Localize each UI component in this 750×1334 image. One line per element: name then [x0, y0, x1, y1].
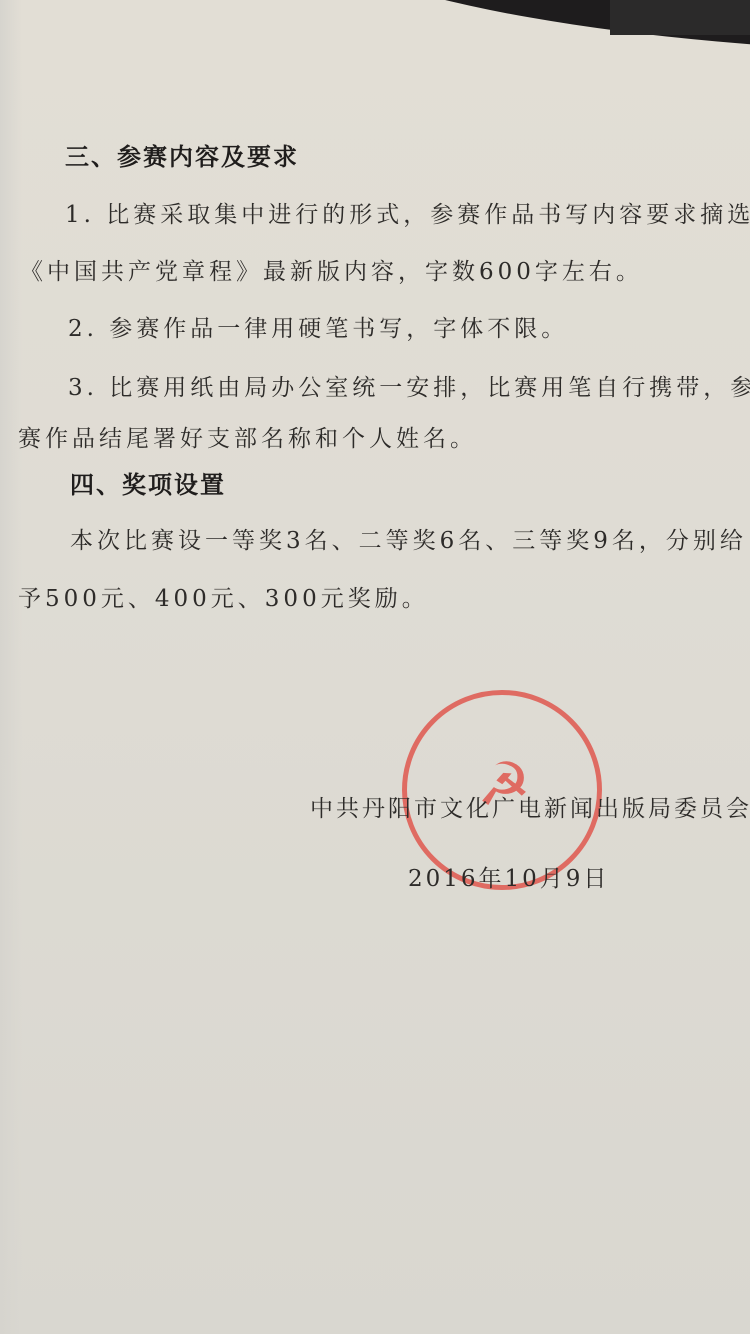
- item-3-line-2: 赛作品结尾署好支部名称和个人姓名。: [18, 420, 477, 453]
- item-3-line-1: 3. 比赛用纸由局办公室统一安排，比赛用笔自行携带，参: [68, 369, 750, 402]
- award-line-2: 予500元、400元、300元奖励。: [18, 580, 429, 613]
- item-2: 2. 参赛作品一律用硬笔书写，字体不限。: [68, 310, 568, 343]
- item-1-line-2: 《中国共产党章程》最新版内容，字数600字左右。: [20, 253, 643, 286]
- paper-edge: [0, 0, 22, 1334]
- section-4-heading: 四、奖项设置: [70, 465, 226, 500]
- section-3-heading: 三、参赛内容及要求: [65, 137, 299, 172]
- issuing-organization: 中共丹阳市文化广电新闻出版局委员会: [310, 790, 750, 823]
- photo-shadow-corner: [610, 0, 750, 35]
- issue-date: 2016年10月9日: [408, 860, 609, 893]
- award-line-1: 本次比赛设一等奖3名、二等奖6名、三等奖9名，分别给: [70, 522, 747, 555]
- item-1-line-1: 1. 比赛采取集中进行的形式，参赛作品书写内容要求摘选: [65, 196, 750, 229]
